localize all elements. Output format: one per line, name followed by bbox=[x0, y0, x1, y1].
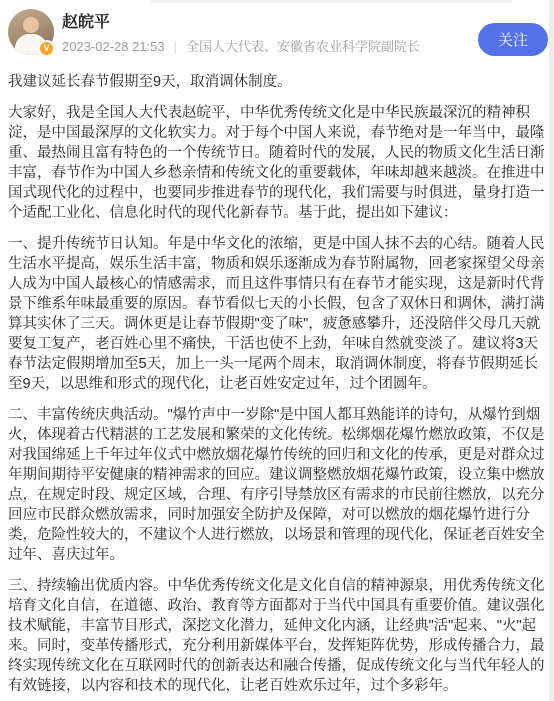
post-page: V 赵皖平 2023-02-28 21:53|全国人大代表、安徽省农业科学院副院… bbox=[0, 0, 554, 701]
author-title: 全国人大代表、安徽省农业科学院副院长 bbox=[186, 39, 420, 54]
author-name[interactable]: 赵皖平 bbox=[62, 13, 546, 33]
post-content: 我建议延长春节假期至9天，取消调休制度。 大家好，我是全国人大代表赵皖平，中华优… bbox=[0, 62, 554, 696]
post-timestamp: 2023-02-28 21:53 bbox=[62, 39, 165, 54]
post-paragraph-summary: 我建议延长春节假期至9天，取消调休制度。 bbox=[8, 72, 546, 92]
avatar-person-head bbox=[23, 17, 39, 33]
post-paragraph-suggestion-3: 三、持续输出优质内容。中华优秀传统文化是文化自信的精神源泉，用优秀传统文化培育文… bbox=[8, 576, 546, 696]
post-header: V 赵皖平 2023-02-28 21:53|全国人大代表、安徽省农业科学院副院… bbox=[0, 0, 554, 62]
scrollbar[interactable] bbox=[549, 0, 554, 701]
post-paragraph-suggestion-1: 一、提升传统节日认知。年是中华文化的浓缩，更是中国人抹不去的心结。随着人民生活水… bbox=[8, 234, 546, 394]
post-paragraph-intro: 大家好，我是全国人大代表赵皖平，中华优秀传统文化是中华民族最深沉的精神积淀，是中… bbox=[8, 103, 546, 223]
post-paragraph-suggestion-2: 二、丰富传统庆典活动。"爆竹声中一岁除"是中国人都耳熟能详的诗句，从爆竹到烟火，… bbox=[8, 405, 546, 565]
follow-button[interactable]: 关注 bbox=[478, 23, 548, 56]
author-info: 赵皖平 2023-02-28 21:53|全国人大代表、安徽省农业科学院副院长 bbox=[62, 9, 546, 55]
verified-badge-icon: V bbox=[38, 40, 55, 57]
post-meta: 2023-02-28 21:53|全国人大代表、安徽省农业科学院副院长 bbox=[62, 38, 546, 55]
meta-separator: | bbox=[174, 39, 177, 54]
